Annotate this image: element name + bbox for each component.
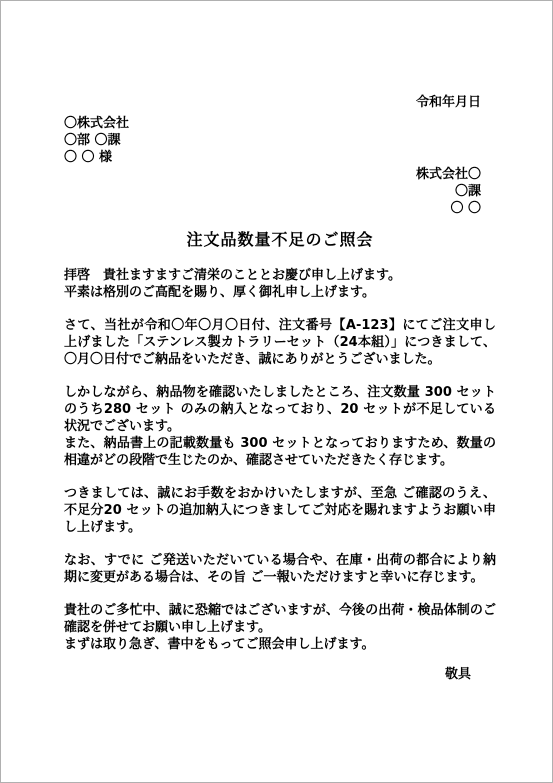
date-line: 令和年月日: [64, 94, 496, 111]
letter-body: 拝啓 貴社ますますご清栄のこととお慶び申し上げます。 平素は格別のご高配を賜り、…: [64, 267, 496, 653]
recipient-block: 〇株式会社 〇部 〇課 〇 〇 様: [64, 115, 496, 166]
paragraph-order-details: さて、当社が令和〇年〇月〇日付、注文番号【A-123】にてご注文申し上げました「…: [64, 317, 496, 368]
paragraph-closing-request: 貴社のご多忙中、誠に恐縮ではございますが、今後の出荷・検品体制のご確認を併せてお…: [64, 602, 496, 653]
closing-word: 敬具: [64, 666, 496, 683]
paragraph-note: なお、すでに ご発送いただいている場合や、在庫・出荷の都合により納期に変更がある…: [64, 552, 496, 586]
sender-company: 株式会社〇: [64, 166, 481, 183]
sender-person: 〇 〇: [64, 200, 481, 217]
sender-block: 株式会社〇 〇課 〇 〇: [64, 166, 496, 217]
recipient-company: 〇株式会社: [64, 115, 496, 132]
recipient-person: 〇 〇 様: [64, 149, 496, 166]
letter-document: 令和年月日 〇株式会社 〇部 〇課 〇 〇 様 株式会社〇 〇課 〇 〇 注文品…: [0, 0, 553, 783]
paragraph-issue: しかしながら、納品物を確認いたしましたところ、注文数量 300 セット のうち2…: [64, 384, 496, 469]
paragraph-request: つきましては、誠にお手数をおかけいたしますが、至急 ご確認のうえ、不足分20 セ…: [64, 485, 496, 536]
letter-title: 注文品数量不足のご照会: [64, 229, 496, 251]
sender-department: 〇課: [64, 183, 481, 200]
recipient-department: 〇部 〇課: [64, 132, 496, 149]
paragraph-greeting: 拝啓 貴社ますますご清栄のこととお慶び申し上げます。 平素は格別のご高配を賜り、…: [64, 267, 496, 301]
